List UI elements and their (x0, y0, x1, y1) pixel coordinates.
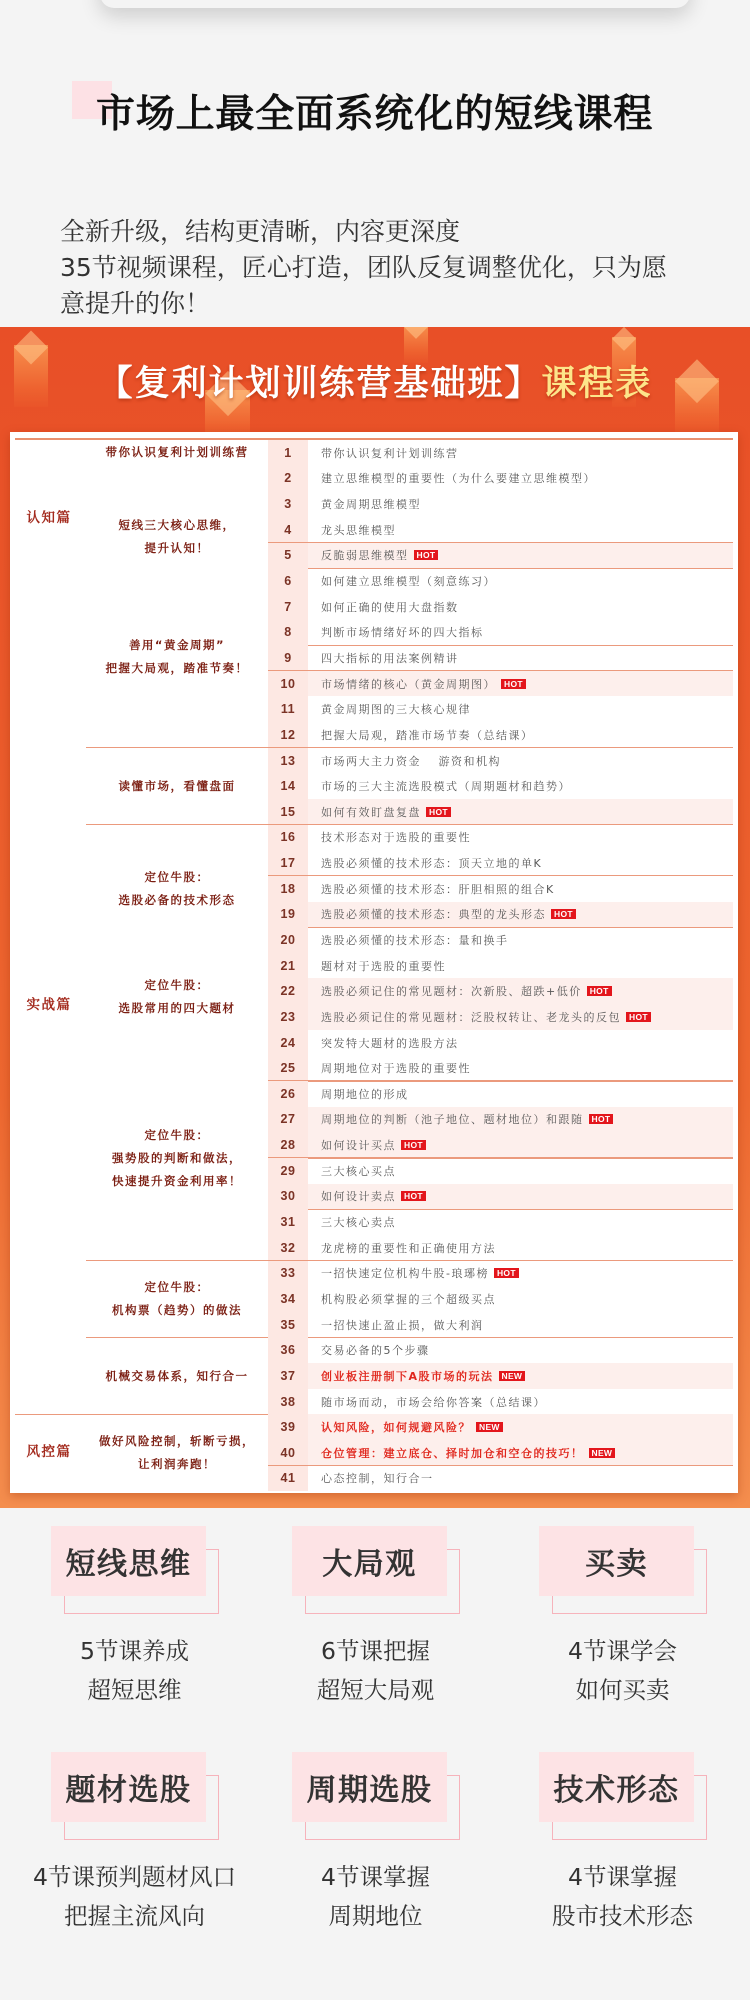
lesson-number: 17 (268, 850, 308, 876)
lesson-cell: 市场的三大主流选股模式（周期题材和趋势） (308, 773, 733, 799)
feature-card: 买卖 4节课学会 如何买卖 (539, 1526, 750, 1726)
new-badge: NEW (499, 1371, 526, 1381)
lesson-cell: 交易必备的5个步骤 (308, 1337, 733, 1363)
lesson-title: 龙虎榜的重要性和正确使用方法 (321, 1240, 496, 1256)
intro-paragraph: 全新升级，结构更清晰，内容更深度 35节视频课程，匠心打造，团队反复调整优化，只… (60, 214, 675, 322)
module-group-line: 选股必备的技术形态 (119, 889, 236, 912)
lesson-number: 22 (268, 978, 308, 1004)
lesson-row: 39 认知风险，如何规避风险？NEW (268, 1414, 733, 1440)
lesson-title: 带你认识复利计划训练营 (321, 445, 459, 461)
feature-card: 周期选股 4节课掌握 周期地位 (292, 1752, 512, 1952)
lesson-row: 41 心态控制，知行合一 (268, 1466, 733, 1492)
new-badge: NEW (476, 1422, 503, 1432)
lesson-number: 25 (268, 1055, 308, 1081)
feature-description: 4节课掌握 股市技术形态 (519, 1858, 726, 1936)
schedule-title: 【复利计划训练营基础班】课程表 (0, 363, 750, 405)
lesson-title: 把握大局观，踏准市场节奏（总结课） (321, 727, 534, 743)
module-group-line: 选股常用的四大题材 (119, 997, 236, 1020)
lesson-cell: 选股必须记住的常见题材：次新股、超跌+低价HOT (308, 978, 733, 1004)
lesson-title: 选股必须懂的技术形态：量和换手 (321, 932, 509, 948)
feature-desc-line: 4节课掌握 (519, 1858, 726, 1897)
lesson-cell: 判断市场情绪好坏的四大指标 (308, 619, 733, 645)
lesson-title: 技术形态对于选股的重要性 (321, 829, 471, 845)
lesson-row: 27 周期地位的判断（池子地位、题材地位）和跟随HOT (268, 1107, 733, 1133)
feature-card: 技术形态 4节课掌握 股市技术形态 (539, 1752, 750, 1952)
lesson-number: 10 (268, 671, 308, 697)
schedule-title-main: 【复利计划训练营基础班】 (97, 364, 541, 404)
feature-card: 短线思维 5节课养成 超短思维 (51, 1526, 271, 1726)
lesson-number: 27 (268, 1107, 308, 1133)
module-group: 定位牛股： 强势股的判断和做法， 快速提升资金利用率！ (86, 1056, 268, 1261)
lesson-number: 15 (268, 799, 308, 825)
module-group: 做好风险控制，斩断亏损， 让利润奔跑！ (86, 1415, 268, 1492)
lesson-cell: 技术形态对于选股的重要性 (308, 825, 733, 851)
lesson-cell: 周期地位的判断（池子地位、题材地位）和跟随HOT (308, 1107, 733, 1133)
lesson-cell: 带你认识复利计划训练营 (308, 440, 733, 466)
lesson-row: 30 如何设计卖点HOT (268, 1184, 733, 1210)
lesson-number: 11 (268, 696, 308, 722)
lesson-cell: 如何有效盯盘复盘HOT (308, 799, 733, 825)
lesson-cell: 反脆弱思维模型HOT (308, 543, 733, 569)
lesson-cell: 选股必须懂的技术形态：量和换手 (308, 927, 733, 953)
lesson-row: 31 三大核心卖点 (268, 1209, 733, 1235)
lesson-row: 32 龙虎榜的重要性和正确使用方法 (268, 1235, 733, 1261)
module-group-line: 强势股的判断和做法， (112, 1147, 242, 1170)
lesson-row: 21 题材对于选股的重要性 (268, 953, 733, 979)
lesson-title: 黄金周期图的三大核心规律 (321, 701, 471, 717)
lesson-row: 11 黄金周期图的三大核心规律 (268, 696, 733, 722)
lesson-row: 25 周期地位对于选股的重要性 (268, 1055, 733, 1081)
lesson-title: 三大核心卖点 (321, 1214, 396, 1230)
hot-badge: HOT (626, 1012, 651, 1022)
module-group-line: 定位牛股： (145, 866, 210, 889)
lesson-title: 市场情绪的核心（黄金周期图） (321, 676, 496, 692)
lesson-number: 16 (268, 825, 308, 851)
lesson-cell: 周期地位对于选股的重要性 (308, 1055, 733, 1081)
module-group: 定位牛股： 选股必备的技术形态 (86, 825, 268, 953)
lesson-cell: 一招快速定位机构牛股-琅琊榜HOT (308, 1261, 733, 1287)
lesson-row: 10 市场情绪的核心（黄金周期图）HOT (268, 671, 733, 697)
lesson-list: 1 带你认识复利计划训练营 2 建立思维模型的重要性（为什么要建立思维模型） 3… (268, 440, 733, 1491)
hot-badge: HOT (501, 679, 526, 689)
module-group-line: 做好风险控制，斩断亏损， (99, 1430, 255, 1453)
lesson-title: 周期地位的判断（池子地位、题材地位）和跟随 (321, 1111, 584, 1127)
feature-desc-line: 把握主流风向 (31, 1897, 238, 1936)
lesson-title: 题材对于选股的重要性 (321, 958, 446, 974)
lesson-row: 16 技术形态对于选股的重要性 (268, 825, 733, 851)
lesson-cell: 如何正确的使用大盘指数 (308, 594, 733, 620)
lesson-title: 市场两大主力资金 游资和机构 (321, 753, 501, 769)
lesson-number: 14 (268, 773, 308, 799)
feature-description: 4节课掌握 周期地位 (272, 1858, 479, 1936)
lesson-number: 9 (268, 645, 308, 671)
lesson-row: 20 选股必须懂的技术形态：量和换手 (268, 927, 733, 953)
lesson-cell: 市场情绪的核心（黄金周期图）HOT (308, 671, 733, 697)
lesson-row: 15 如何有效盯盘复盘HOT (268, 799, 733, 825)
lesson-title: 一招快速定位机构牛股-琅琊榜 (321, 1265, 489, 1281)
lesson-cell: 仓位管理：建立底仓、择时加仓和空仓的技巧！NEW (308, 1440, 733, 1466)
feature-title: 短线思维 (51, 1526, 206, 1596)
module-group-line: 带你认识复利计划训练营 (106, 441, 249, 464)
module-group: 短线三大核心思维， 提升认知！ (86, 466, 268, 594)
lesson-row: 3 黄金周期思维模型 (268, 491, 733, 517)
hot-badge: HOT (401, 1191, 426, 1201)
feature-description: 4节课学会 如何买卖 (519, 1632, 726, 1710)
lesson-title: 机构股必须掌握的三个超级买点 (321, 1291, 496, 1307)
lesson-cell: 机构股必须掌握的三个超级买点 (308, 1286, 733, 1312)
module-group-line: 短线三大核心思维， (119, 514, 236, 537)
lesson-number: 35 (268, 1312, 308, 1338)
feature-desc-line: 如何买卖 (519, 1671, 726, 1710)
lesson-cell: 随市场而动，市场会给你答案（总结课） (308, 1389, 733, 1415)
page-title: 市场上最全面系统化的短线课程 (96, 91, 653, 139)
lesson-number: 29 (268, 1158, 308, 1184)
lesson-title: 黄金周期思维模型 (321, 496, 421, 512)
lesson-title: 随市场而动，市场会给你答案（总结课） (321, 1394, 546, 1410)
lesson-row: 5 反脆弱思维模型HOT (268, 543, 733, 569)
lesson-row: 22 选股必须记住的常见题材：次新股、超跌+低价HOT (268, 978, 733, 1004)
lesson-cell: 建立思维模型的重要性（为什么要建立思维模型） (308, 466, 733, 492)
module-group-line: 读懂市场，看懂盘面 (119, 775, 236, 798)
lesson-title: 判断市场情绪好坏的四大指标 (321, 624, 484, 640)
lesson-number: 18 (268, 876, 308, 902)
lesson-row: 7 如何正确的使用大盘指数 (268, 594, 733, 620)
lesson-row: 29 三大核心买点 (268, 1158, 733, 1184)
new-badge: NEW (589, 1448, 616, 1458)
lesson-number: 20 (268, 927, 308, 953)
lesson-cell: 题材对于选股的重要性 (308, 953, 733, 979)
lesson-title: 如何有效盯盘复盘 (321, 804, 421, 820)
lesson-number: 31 (268, 1209, 308, 1235)
module-group-line: 机构票（趋势）的做法 (112, 1299, 242, 1322)
hot-badge: HOT (587, 986, 612, 996)
feature-desc-line: 超短思维 (31, 1671, 238, 1710)
lesson-title: 如何正确的使用大盘指数 (321, 599, 459, 615)
lesson-number: 12 (268, 722, 308, 748)
lesson-row: 12 把握大局观，踏准市场节奏（总结课） (268, 722, 733, 748)
previous-card-shadow (100, 0, 690, 8)
lesson-cell: 三大核心卖点 (308, 1209, 733, 1235)
module-group: 读懂市场，看懂盘面 (86, 748, 268, 825)
feature-desc-line: 周期地位 (272, 1897, 479, 1936)
section-label: 实战篇 (12, 996, 86, 1014)
hot-badge: HOT (551, 909, 576, 919)
lesson-row: 1 带你认识复利计划训练营 (268, 440, 733, 466)
section-label: 风控篇 (12, 1443, 86, 1461)
lesson-cell: 选股必须懂的技术形态：典型的龙头形态HOT (308, 902, 733, 928)
feature-title: 题材选股 (51, 1752, 206, 1822)
module-group-line: 善用“黄金周期” (129, 634, 225, 657)
hot-badge: HOT (494, 1268, 519, 1278)
feature-title: 周期选股 (292, 1752, 447, 1822)
lesson-title: 建立思维模型的重要性（为什么要建立思维模型） (321, 470, 596, 486)
lesson-number: 33 (268, 1261, 308, 1287)
lesson-row: 14 市场的三大主流选股模式（周期题材和趋势） (268, 773, 733, 799)
lesson-row: 18 选股必须懂的技术形态：肝胆相照的组合K (268, 876, 733, 902)
lesson-title: 选股必须懂的技术形态：肝胆相照的组合K (321, 881, 555, 897)
lesson-title: 反脆弱思维模型 (321, 547, 409, 563)
lesson-number: 2 (268, 466, 308, 492)
lesson-title: 周期地位的形成 (321, 1086, 409, 1102)
module-group: 善用“黄金周期” 把握大局观，踏准节奏！ (86, 594, 268, 748)
lesson-row: 34 机构股必须掌握的三个超级买点 (268, 1286, 733, 1312)
lesson-number: 13 (268, 748, 308, 774)
hot-badge: HOT (426, 807, 451, 817)
lesson-cell: 四大指标的用法案例精讲 (308, 645, 733, 671)
lesson-cell: 黄金周期图的三大核心规律 (308, 696, 733, 722)
lesson-row: 38 随市场而动，市场会给你答案（总结课） (268, 1389, 733, 1415)
module-group-line: 定位牛股： (145, 974, 210, 997)
lesson-title: 如何建立思维模型（刻意练习） (321, 573, 496, 589)
module-group-line: 把握大局观，踏准节奏！ (106, 657, 249, 680)
lesson-number: 37 (268, 1363, 308, 1389)
feature-desc-line: 5节课养成 (31, 1632, 238, 1671)
lesson-row: 6 如何建立思维模型（刻意练习） (268, 568, 733, 594)
lesson-number: 1 (268, 440, 308, 466)
hot-badge: HOT (401, 1140, 426, 1150)
module-group: 定位牛股： 机构票（趋势）的做法 (86, 1261, 268, 1338)
lesson-number: 26 (268, 1081, 308, 1107)
feature-desc-line: 6节课把握 (272, 1632, 479, 1671)
lesson-number: 7 (268, 594, 308, 620)
lesson-title: 周期地位对于选股的重要性 (321, 1060, 471, 1076)
course-table: 认知篇 实战篇 风控篇 带你认识复利计划训练营 短线三大核心思维， 提升认知！ … (10, 432, 738, 1493)
lesson-number: 6 (268, 568, 308, 594)
lesson-number: 19 (268, 902, 308, 928)
lesson-title: 心态控制，知行合一 (321, 1470, 434, 1486)
lesson-number: 3 (268, 491, 308, 517)
lesson-number: 24 (268, 1030, 308, 1056)
lesson-row: 37 创业板注册制下A股市场的玩法NEW (268, 1363, 733, 1389)
lesson-number: 21 (268, 953, 308, 979)
lesson-title: 选股必须懂的技术形态：典型的龙头形态 (321, 906, 546, 922)
lesson-title: 三大核心买点 (321, 1163, 396, 1179)
lesson-number: 38 (268, 1389, 308, 1415)
lesson-number: 40 (268, 1440, 308, 1466)
lesson-cell: 市场两大主力资金 游资和机构 (308, 748, 733, 774)
lesson-title: 一招快速止盈止损，做大利润 (321, 1317, 484, 1333)
feature-description: 5节课养成 超短思维 (31, 1632, 238, 1710)
module-group: 机械交易体系，知行合一 (86, 1338, 268, 1415)
feature-title: 大局观 (292, 1526, 447, 1596)
module-group: 定位牛股： 选股常用的四大题材 (86, 953, 268, 1056)
lesson-cell: 选股必须懂的技术形态：顶天立地的单K (308, 850, 733, 876)
schedule-title-accent: 课程表 (542, 364, 653, 404)
lesson-cell: 突发特大题材的选股方法 (308, 1030, 733, 1056)
feature-title: 技术形态 (539, 1752, 694, 1822)
lesson-title: 四大指标的用法案例精讲 (321, 650, 459, 666)
module-group-line: 快速提升资金利用率！ (112, 1170, 242, 1193)
lesson-number: 36 (268, 1337, 308, 1363)
decor-prism-icon (404, 327, 428, 363)
intro-line: 35节视频课程，匠心打造，团队反复调整优化，只为愿意提升的你！ (60, 250, 675, 322)
lesson-row: 28 如何设计买点HOT (268, 1132, 733, 1158)
module-group-line: 定位牛股： (145, 1276, 210, 1299)
lesson-title: 选股必须懂的技术形态：顶天立地的单K (321, 855, 542, 871)
lesson-title: 选股必须记住的常见题材：泛股权转让、老龙头的反包 (321, 1009, 621, 1025)
lesson-row: 13 市场两大主力资金 游资和机构 (268, 748, 733, 774)
hot-badge: HOT (589, 1114, 614, 1124)
intro-line: 全新升级，结构更清晰，内容更深度 (60, 214, 675, 250)
feature-desc-line: 股市技术形态 (519, 1897, 726, 1936)
lesson-cell: 认知风险，如何规避风险？NEW (308, 1414, 733, 1440)
lesson-cell: 把握大局观，踏准市场节奏（总结课） (308, 722, 733, 748)
lesson-title: 认知风险，如何规避风险？ (321, 1419, 471, 1435)
lesson-cell: 龙头思维模型 (308, 517, 733, 543)
lesson-cell: 一招快速止盈止损，做大利润 (308, 1312, 733, 1338)
lesson-row: 24 突发特大题材的选股方法 (268, 1030, 733, 1056)
lesson-cell: 选股必须记住的常见题材：泛股权转让、老龙头的反包HOT (308, 1004, 733, 1030)
lesson-cell: 龙虎榜的重要性和正确使用方法 (308, 1235, 733, 1261)
feature-title: 买卖 (539, 1526, 694, 1596)
lesson-title: 如何设计买点 (321, 1137, 396, 1153)
lesson-title: 创业板注册制下A股市场的玩法 (321, 1368, 494, 1384)
lesson-number: 8 (268, 619, 308, 645)
feature-desc-line: 4节课学会 (519, 1632, 726, 1671)
lesson-number: 32 (268, 1235, 308, 1261)
lesson-number: 34 (268, 1286, 308, 1312)
lesson-title: 选股必须记住的常见题材：次新股、超跌+低价 (321, 983, 582, 999)
module-group-line: 定位牛股： (145, 1124, 210, 1147)
lesson-cell: 如何设计卖点HOT (308, 1184, 733, 1210)
lesson-cell: 如何设计买点HOT (308, 1132, 733, 1158)
feature-card: 大局观 6节课把握 超短大局观 (292, 1526, 512, 1726)
lesson-number: 23 (268, 1004, 308, 1030)
lesson-row: 35 一招快速止盈止损，做大利润 (268, 1312, 733, 1338)
lesson-number: 5 (268, 543, 308, 569)
lesson-cell: 周期地位的形成 (308, 1081, 733, 1107)
feature-desc-line: 超短大局观 (272, 1671, 479, 1710)
lesson-number: 4 (268, 517, 308, 543)
lesson-title: 龙头思维模型 (321, 522, 396, 538)
lesson-cell: 如何建立思维模型（刻意练习） (308, 568, 733, 594)
lesson-title: 仓位管理：建立底仓、择时加仓和空仓的技巧！ (321, 1445, 584, 1461)
hot-badge: HOT (414, 550, 439, 560)
lesson-number: 39 (268, 1414, 308, 1440)
lesson-row: 19 选股必须懂的技术形态：典型的龙头形态HOT (268, 902, 733, 928)
lesson-row: 33 一招快速定位机构牛股-琅琊榜HOT (268, 1261, 733, 1287)
lesson-row: 2 建立思维模型的重要性（为什么要建立思维模型） (268, 466, 733, 492)
lesson-cell: 创业板注册制下A股市场的玩法NEW (308, 1363, 733, 1389)
lesson-row: 40 仓位管理：建立底仓、择时加仓和空仓的技巧！NEW (268, 1440, 733, 1466)
module-group-line: 让利润奔跑！ (138, 1453, 216, 1476)
lesson-row: 26 周期地位的形成 (268, 1081, 733, 1107)
lesson-title: 突发特大题材的选股方法 (321, 1035, 459, 1051)
feature-desc-line: 4节课预判题材风口 (31, 1858, 238, 1897)
lesson-number: 30 (268, 1184, 308, 1210)
module-group-line: 机械交易体系，知行合一 (106, 1365, 249, 1388)
module-group-line: 提升认知！ (145, 537, 210, 560)
lesson-title: 如何设计卖点 (321, 1188, 396, 1204)
lesson-row: 8 判断市场情绪好坏的四大指标 (268, 619, 733, 645)
lesson-title: 交易必备的5个步骤 (321, 1342, 430, 1358)
lesson-title: 市场的三大主流选股模式（周期题材和趋势） (321, 778, 571, 794)
lesson-row: 23 选股必须记住的常见题材：泛股权转让、老龙头的反包HOT (268, 1004, 733, 1030)
lesson-cell: 三大核心买点 (308, 1158, 733, 1184)
lesson-row: 9 四大指标的用法案例精讲 (268, 645, 733, 671)
lesson-cell: 心态控制，知行合一 (308, 1466, 733, 1492)
section-label: 认知篇 (12, 509, 86, 527)
lesson-number: 41 (268, 1466, 308, 1492)
lesson-row: 4 龙头思维模型 (268, 517, 733, 543)
lesson-number: 28 (268, 1132, 308, 1158)
lesson-cell: 选股必须懂的技术形态：肝胆相照的组合K (308, 876, 733, 902)
feature-desc-line: 4节课掌握 (272, 1858, 479, 1897)
module-group: 带你认识复利计划训练营 (86, 440, 268, 466)
lesson-cell: 黄金周期思维模型 (308, 491, 733, 517)
lesson-row: 17 选股必须懂的技术形态：顶天立地的单K (268, 850, 733, 876)
lesson-row: 36 交易必备的5个步骤 (268, 1337, 733, 1363)
feature-description: 4节课预判题材风口 把握主流风向 (31, 1858, 238, 1936)
feature-card: 题材选股 4节课预判题材风口 把握主流风向 (51, 1752, 271, 1952)
schedule-banner: 【复利计划训练营基础班】课程表 认知篇 实战篇 风控篇 带你认识复利计划训练营 … (0, 327, 750, 1508)
feature-description: 6节课把握 超短大局观 (272, 1632, 479, 1710)
